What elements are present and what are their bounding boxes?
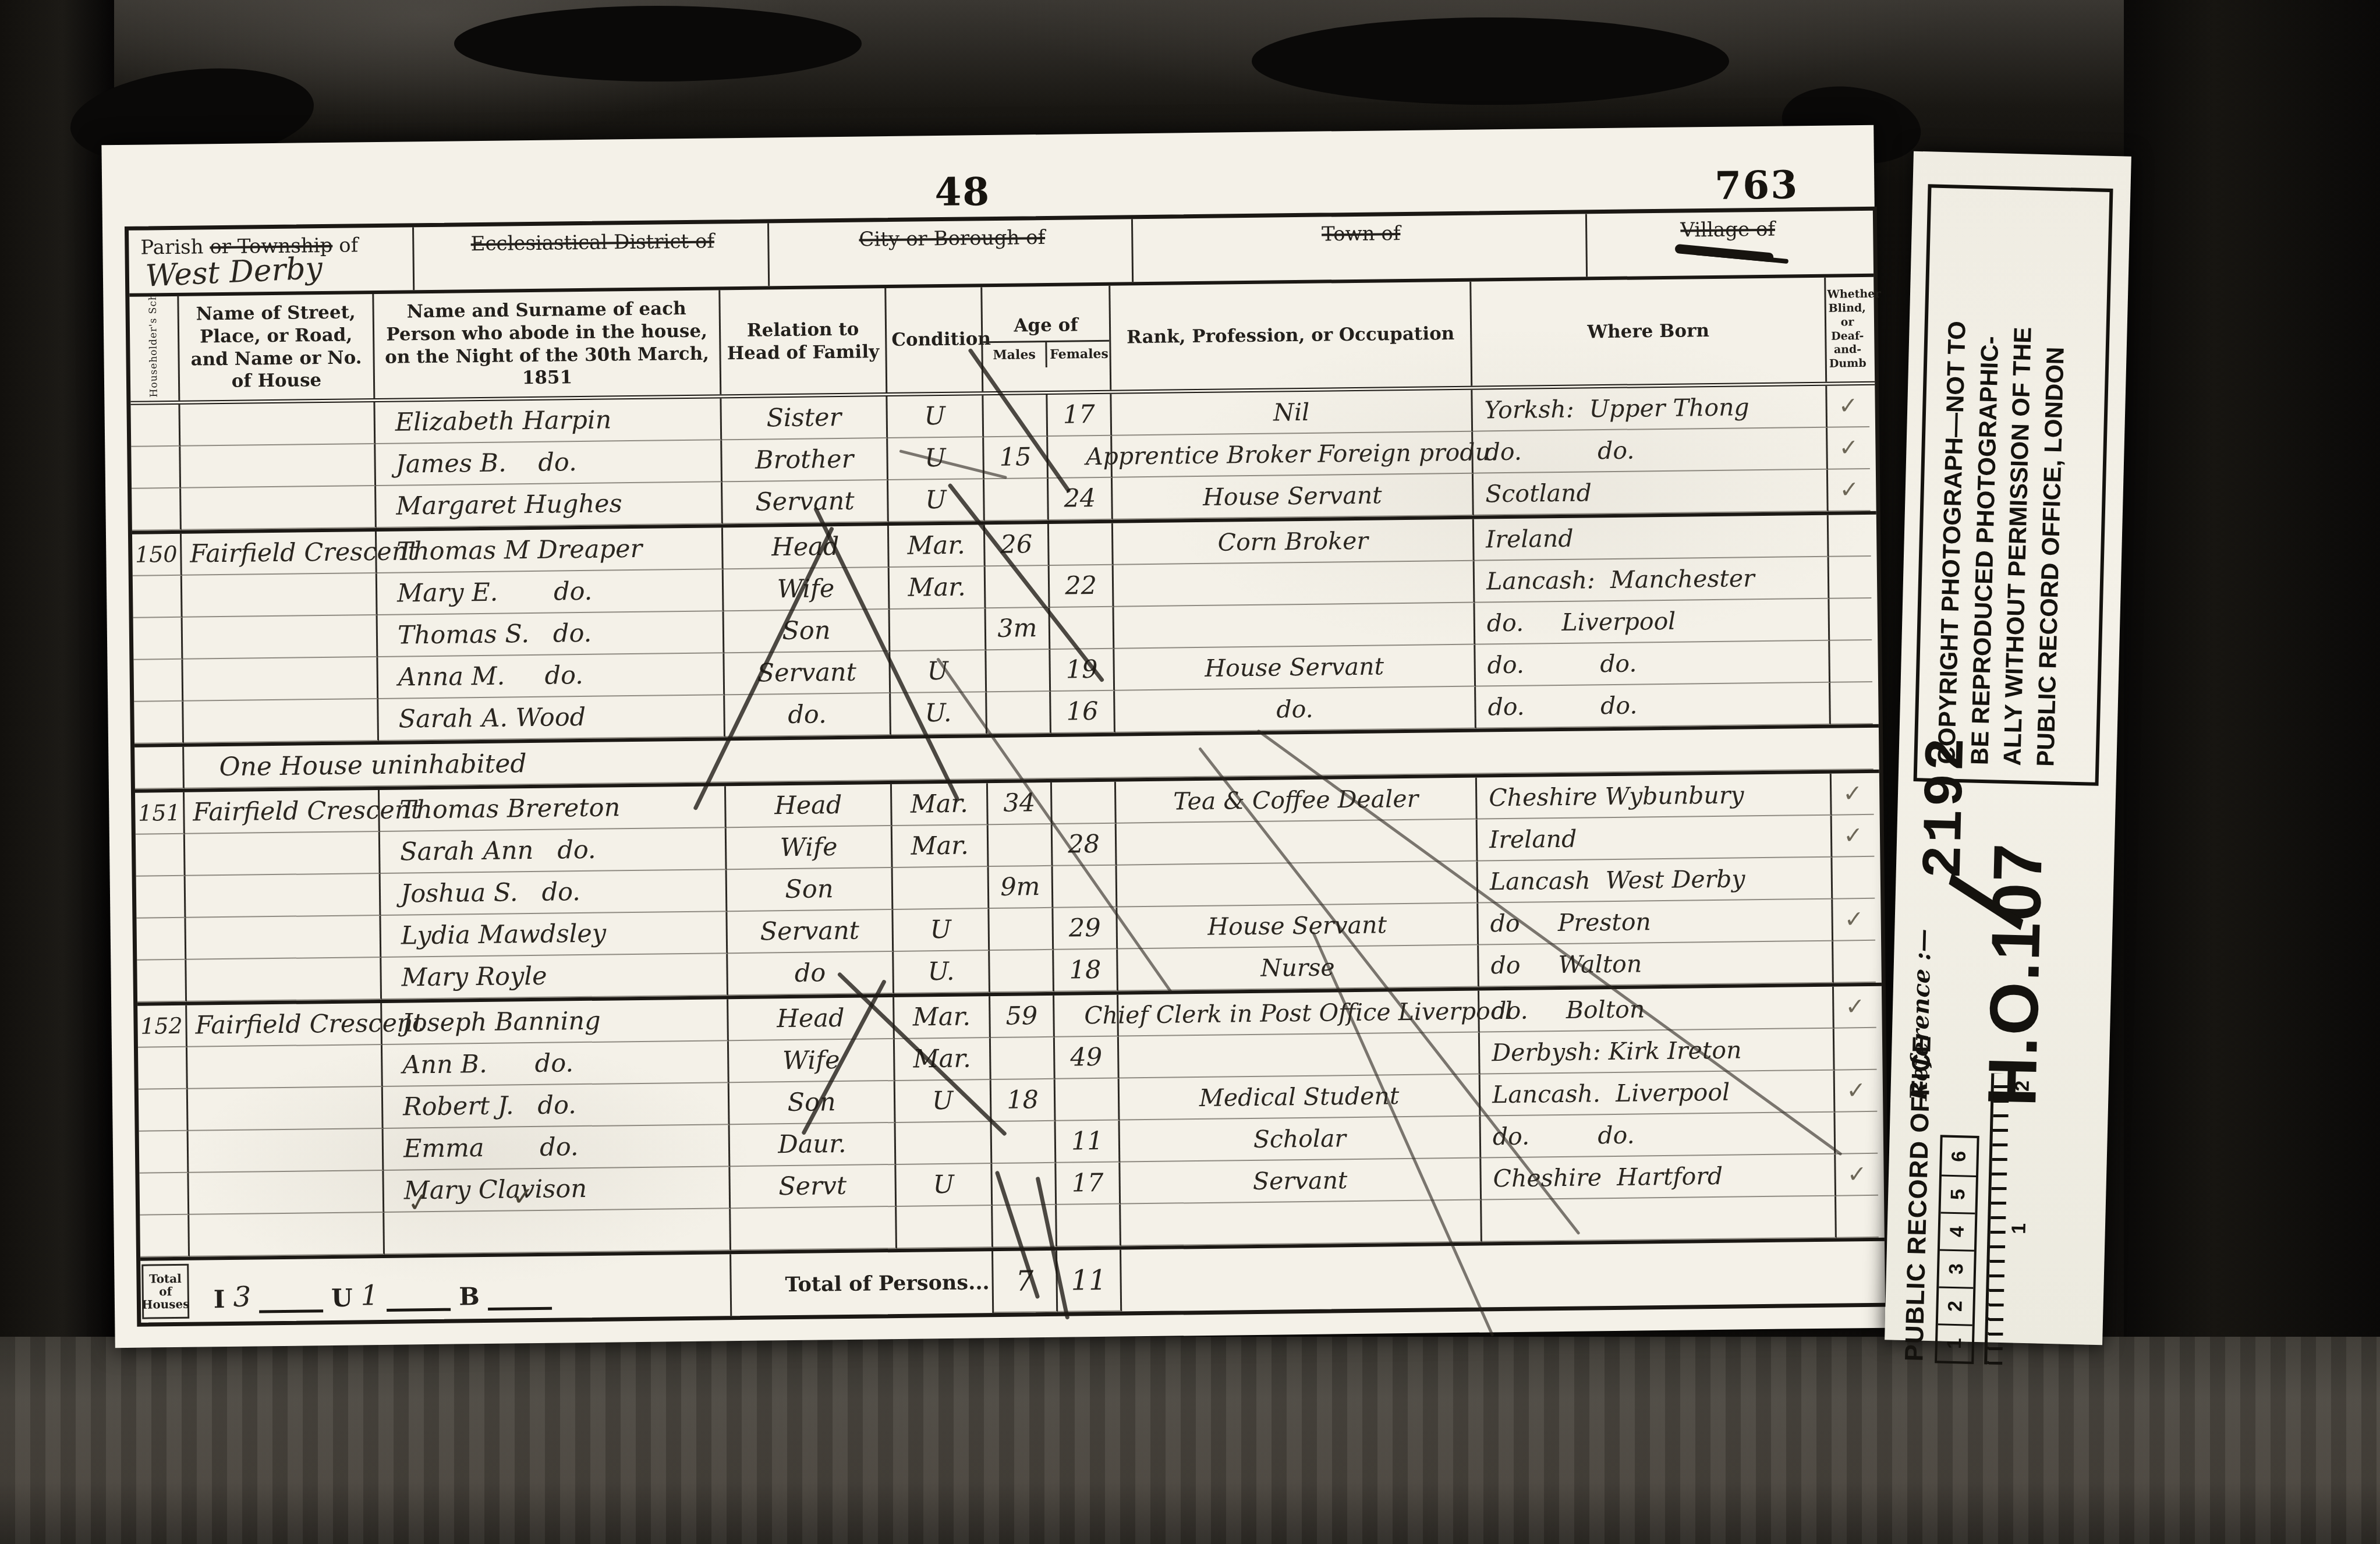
- film-edge-right: [2124, 0, 2380, 1544]
- col-condition: Condition: [886, 287, 983, 392]
- pencil-check: ✓: [1843, 822, 1863, 849]
- cell-street: Fairfield Crescent: [187, 1003, 382, 1047]
- cell-name: Thomas S. do.: [378, 611, 725, 657]
- pencil-check: ✓: [1845, 993, 1865, 1020]
- cell-schedule: 150: [132, 534, 182, 576]
- cell-age-male: [990, 950, 1054, 993]
- cell-occupation: [1121, 1201, 1482, 1246]
- cell-name: Sarah Ann do.: [380, 828, 727, 874]
- cell-condition: Mar.: [892, 825, 989, 868]
- census-table: Parish or Township of West Derby Ecclesi…: [125, 207, 1889, 1327]
- cell-name: Thomas M Dreaper: [377, 527, 724, 573]
- cell-name: Robert J. do.: [383, 1083, 730, 1129]
- cell-born: do Preston: [1478, 900, 1833, 945]
- ruler-number: 1: [2008, 1223, 2031, 1234]
- cell-age-male: [984, 479, 1049, 521]
- cell-schedule: [132, 488, 182, 531]
- cell-relation: Wife: [727, 826, 893, 870]
- cell-occupation: Nurse: [1118, 945, 1479, 991]
- cell-born: Ireland: [1474, 515, 1829, 561]
- ruler-number: 2: [1938, 1286, 1974, 1324]
- cell-street: [187, 1045, 383, 1089]
- city-cell: City or Borough of: [769, 219, 1134, 286]
- census-photograph: 48 763 Parish or Township of West Derby …: [0, 0, 2380, 1544]
- cell-age-female: 17: [1047, 394, 1112, 437]
- cell-born: Yorksh: Upper Thong: [1472, 386, 1827, 432]
- cell-name: Margaret Hughes: [376, 482, 723, 528]
- cell-born: do. Bolton: [1479, 987, 1834, 1033]
- cell-street: [183, 699, 379, 743]
- ruler-number: 2: [2011, 1080, 2034, 1092]
- cell-occupation: Nil: [1111, 390, 1473, 436]
- inhabited-value: 3: [233, 1281, 251, 1313]
- cell-schedule: [133, 576, 183, 618]
- cell-schedule: [139, 1173, 189, 1216]
- cell-relation: Servant: [724, 651, 891, 695]
- cell-name: [384, 1209, 731, 1255]
- cell-schedule: [136, 918, 186, 961]
- cell-age-male: 18: [991, 1079, 1056, 1122]
- pencil-check: ✓: [1844, 906, 1864, 933]
- totals-empty: [1121, 1241, 1879, 1312]
- cell-disability: [1835, 1112, 1878, 1155]
- film-edge-left: [0, 0, 114, 1544]
- rule-line: [488, 1301, 552, 1311]
- total-persons-females: 11: [1057, 1250, 1122, 1312]
- village-label: Village of: [1680, 218, 1775, 242]
- cell-condition: U: [887, 395, 984, 438]
- cell-age-female: 24: [1049, 478, 1113, 520]
- col-schedule: No. of Householder's Schedule: [129, 296, 180, 401]
- pencil-check: ✓: [1839, 476, 1859, 503]
- ruler-number: 3: [1939, 1249, 1974, 1287]
- pencil-check: ✓: [1847, 1161, 1867, 1188]
- pencil-check: ✓: [1846, 1077, 1866, 1104]
- census-page: 48 763 Parish or Township of West Derby …: [101, 125, 1887, 1348]
- cell-condition: U.: [891, 692, 987, 735]
- cell-born: Ireland: [1478, 816, 1833, 862]
- cell-condition: Mar.: [890, 566, 986, 610]
- cell-occupation: [1117, 862, 1479, 908]
- copyright-stamp: COPYRIGHT PHOTOGRAPH—NOT TO BE REPRODUCE…: [1914, 184, 2113, 785]
- cell-born: Cheshire Wybunbury: [1477, 774, 1832, 820]
- column-header-row: No. of Householder's Schedule Name of St…: [129, 277, 1875, 405]
- cell-born: do. do.: [1476, 683, 1831, 729]
- cell-relation: Sister: [721, 396, 888, 440]
- ink-smudge: [1674, 244, 1774, 263]
- cell-age-male: [987, 692, 1051, 734]
- page-number: 48: [934, 169, 991, 215]
- cell-relation: [731, 1207, 897, 1251]
- cell-relation: Servant: [722, 480, 889, 524]
- cell-disability: [1834, 1028, 1877, 1071]
- cell-disability: ✓: [1834, 986, 1876, 1029]
- cell-schedule: 151: [135, 792, 185, 835]
- ruler-number: 6: [1942, 1137, 1977, 1175]
- cell-age-female: 17: [1056, 1163, 1121, 1205]
- cell-street: [189, 1171, 384, 1215]
- cell-born: Derbysh: Kirk Ireton: [1480, 1029, 1835, 1075]
- pencil-check: ✓: [406, 1187, 431, 1219]
- cell-name: Thomas Brereton: [380, 786, 727, 832]
- cell-street: [182, 573, 378, 618]
- cell-street: [183, 657, 378, 702]
- cell-schedule: [139, 1131, 189, 1174]
- cell-age-male: 34: [988, 782, 1053, 825]
- cell-schedule: [130, 405, 180, 447]
- cell-name: Joshua S. do.: [381, 870, 728, 916]
- cell-disability: [1829, 515, 1871, 557]
- cell-born: [1482, 1196, 1837, 1242]
- cell-schedule: [133, 660, 183, 702]
- reference-piece: 2192: [1913, 735, 1980, 880]
- cell-disability: ✓: [1836, 1154, 1878, 1196]
- cell-condition: [896, 1122, 993, 1165]
- cell-schedule: [136, 834, 186, 877]
- cell-name: Lydia Mawdsley: [381, 912, 728, 958]
- film-edge-bottom: [0, 1337, 2380, 1544]
- cell-age-female: 49: [1055, 1037, 1120, 1079]
- ecclesiastical-label: Ecclesiastical District of: [470, 229, 714, 256]
- cell-street: [180, 444, 376, 488]
- cell-name: Ann B. do.: [382, 1041, 729, 1087]
- cell-age-female: 22: [1050, 565, 1114, 608]
- cell-name: Anna M. do.: [378, 653, 725, 699]
- cell-born: do. do.: [1475, 641, 1830, 687]
- cell-age-male: [989, 908, 1054, 951]
- cell-disability: [1830, 640, 1872, 683]
- cell-relation: Brother: [722, 438, 888, 482]
- col-age-label: Age of: [983, 309, 1110, 343]
- cell-street: [186, 958, 382, 1002]
- cell-condition: U: [888, 479, 985, 522]
- ruler-number: 1: [1937, 1323, 1972, 1361]
- col-age-females: Females: [1047, 341, 1111, 367]
- inhabited-label: I: [214, 1285, 225, 1313]
- record-office-strip: COPYRIGHT PHOTOGRAPH—NOT TO BE REPRODUCE…: [1885, 151, 2131, 1345]
- total-persons-label: Total of Persons...: [731, 1251, 994, 1316]
- cell-condition: [890, 608, 987, 651]
- col-street: Name of Street, Place, or Road, and Name…: [179, 294, 375, 401]
- town-cell: Town of: [1133, 214, 1588, 282]
- cell-relation: Wife: [729, 1039, 895, 1083]
- cell-name: Mary E. do.: [377, 569, 724, 615]
- cell-street: Fairfield Crescent: [185, 790, 380, 834]
- cell-age-female: 16: [1051, 691, 1115, 734]
- cell-occupation: [1117, 820, 1478, 866]
- cell-name: Mary Royle: [381, 954, 728, 1000]
- cell-condition: U: [893, 909, 990, 952]
- cell-disability: [1830, 682, 1873, 725]
- cell-disability: ✓: [1835, 1070, 1878, 1113]
- cell-occupation: Chief Clerk in Post Office Liverpool: [1118, 991, 1480, 1037]
- city-label: City or Borough of: [859, 226, 1045, 252]
- cell-occupation: Scholar: [1120, 1117, 1481, 1163]
- ruler-number: 4: [1940, 1212, 1975, 1249]
- cell-disability: [1836, 1196, 1879, 1238]
- cell-condition: Mar.: [892, 783, 989, 826]
- cell-disability: [1829, 599, 1872, 641]
- cell-schedule: [137, 960, 187, 1003]
- cell-occupation: Tea & Coffee Dealer: [1116, 778, 1478, 824]
- pencil-check: ✓: [1839, 434, 1858, 461]
- cell-name: Elizabeth Harpin: [375, 398, 722, 444]
- cell-age-male: [986, 650, 1051, 692]
- cell-age-female: 18: [1054, 950, 1118, 992]
- cell-disability: ✓: [1828, 469, 1871, 512]
- cell-occupation: [1114, 561, 1475, 607]
- col-age-males: Males: [983, 342, 1047, 369]
- cell-age-male: 9m: [989, 866, 1054, 909]
- cell-disability: ✓: [1832, 815, 1875, 858]
- village-cell: Village of: [1587, 211, 1865, 277]
- cell-relation: Servant: [727, 910, 894, 954]
- ruler-number: 5: [1941, 1174, 1977, 1212]
- film-blemish: [454, 6, 862, 82]
- cell-occupation: House Servant: [1113, 474, 1474, 520]
- cell-born: do. do.: [1473, 428, 1828, 474]
- cell-occupation: Apprentice Broker Foreign produ.: [1112, 432, 1474, 478]
- cell-age-female: [1056, 1079, 1120, 1121]
- uninhabited-label: U: [331, 1284, 353, 1312]
- cell-born: Scotland: [1474, 470, 1829, 516]
- col-relation: Relation to Head of Family: [720, 288, 887, 394]
- rule-line: [259, 1304, 323, 1313]
- cell-schedule: [134, 747, 185, 789]
- cell-name: Emma do.: [384, 1125, 731, 1171]
- cell-street: [189, 1129, 384, 1173]
- cell-disability: [1832, 857, 1875, 900]
- parish-label-suffix: of: [332, 233, 358, 257]
- cell-born: Lancash West Derby: [1478, 858, 1833, 904]
- total-houses-label: Total of Houses: [141, 1264, 189, 1319]
- cell-disability: [1833, 941, 1876, 983]
- cell-occupation: House Servant: [1114, 645, 1476, 691]
- ruler-scale-inches: 123456: [1935, 1135, 1979, 1364]
- cell-schedule: [134, 702, 184, 744]
- cell-condition: Mar.: [889, 525, 986, 568]
- cell-age-male: [991, 1037, 1056, 1080]
- cell-condition: U: [895, 1080, 992, 1123]
- cell-relation: Head: [726, 784, 892, 828]
- cell-schedule: 152: [137, 1005, 187, 1048]
- cell-disability: ✓: [1827, 427, 1870, 470]
- cell-born: do. Liverpool: [1475, 599, 1830, 645]
- town-label: Town of: [1322, 222, 1401, 246]
- cell-schedule: [133, 618, 183, 660]
- cell-name: Joseph Banning: [382, 999, 729, 1045]
- census-rows: Elizabeth HarpinSisterU17NilYorksh: Uppe…: [130, 385, 1884, 1258]
- cell-occupation: House Servant: [1117, 904, 1479, 950]
- cell-condition: U: [896, 1164, 993, 1207]
- cell-occupation: Medical Student: [1120, 1075, 1481, 1121]
- cell-age-male: [989, 824, 1053, 867]
- ecclesiastical-cell: Ecclesiastical District of: [414, 223, 770, 290]
- cell-relation: Head: [723, 526, 890, 569]
- cell-street: [180, 402, 376, 447]
- folio-number: 763: [1715, 162, 1799, 208]
- cell-age-male: 3m: [986, 608, 1051, 650]
- cell-age-female: 11: [1056, 1121, 1121, 1163]
- uninhabited-value: 1: [360, 1279, 378, 1312]
- cell-schedule: [131, 447, 181, 489]
- cell-born: do Walton: [1479, 941, 1834, 987]
- cell-street: [185, 832, 381, 876]
- cell-street: [186, 874, 381, 918]
- cell-disability: ✓: [1832, 773, 1874, 816]
- cell-schedule: [140, 1215, 190, 1258]
- cell-born: Lancash: Manchester: [1475, 557, 1830, 603]
- ruler-scale-ticks: 1 2: [1984, 1073, 2035, 1365]
- total-houses-values: I 3 U 1 B: [190, 1254, 732, 1322]
- cell-occupation: [1114, 603, 1475, 649]
- cell-name: Mary Clavison: [384, 1167, 731, 1213]
- col-occupation: Rank, Profession, or Occupation: [1110, 282, 1472, 390]
- pencil-check: ✓: [1839, 392, 1858, 419]
- cell-relation: Daur.: [730, 1123, 897, 1167]
- col-born: Where Born: [1471, 278, 1827, 386]
- parish-value-handwritten: West Derby: [145, 251, 324, 294]
- cell-street: [186, 916, 381, 960]
- cell-age-female: [1057, 1205, 1121, 1247]
- cell-occupation: Corn Broker: [1113, 519, 1475, 565]
- cell-street: [188, 1087, 384, 1131]
- building-label: B: [459, 1282, 480, 1311]
- cell-schedule: [138, 1047, 188, 1090]
- col-age: Age of Males Females: [982, 286, 1111, 391]
- col-disability: Whether Blind, or Deaf-and-Dumb: [1826, 277, 1869, 382]
- cell-disability: ✓: [1833, 899, 1875, 941]
- cell-age-female: [1049, 523, 1114, 566]
- rule-line: [387, 1302, 451, 1312]
- cell-relation: Servt: [730, 1165, 897, 1209]
- cell-age-female: 29: [1053, 908, 1118, 950]
- cell-relation: do: [728, 952, 894, 996]
- pencil-check: ✓: [1843, 780, 1862, 807]
- cell-condition: U.: [894, 951, 990, 994]
- film-blemish: [1252, 17, 1729, 105]
- cell-age-male: 59: [990, 996, 1055, 1038]
- office-ruler-stamp: PUBLIC RECORD OFFICE 123456 1 2: [1892, 1095, 2101, 1332]
- parish-cell: Parish or Township of West Derby: [129, 227, 415, 293]
- cell-schedule: [139, 1089, 189, 1132]
- cell-age-female: [1052, 782, 1117, 824]
- cell-street: [189, 1213, 385, 1257]
- cell-schedule: [136, 876, 186, 919]
- parish-label: Parish: [140, 235, 210, 259]
- cell-relation: Son: [727, 868, 894, 912]
- cell-disability: ✓: [1827, 385, 1869, 428]
- cell-name: Sarah A. Wood: [378, 695, 725, 741]
- cell-occupation: Servant: [1120, 1159, 1482, 1205]
- cell-born: do. do.: [1481, 1113, 1836, 1159]
- cell-street: [181, 486, 377, 530]
- cell-condition: [897, 1206, 993, 1249]
- pencil-check: ✓: [512, 1182, 534, 1212]
- cell-condition: Mar.: [894, 996, 991, 1039]
- cell-condition: [893, 867, 990, 910]
- cell-age-female: 28: [1053, 824, 1117, 866]
- cell-name: James B. do.: [376, 440, 722, 486]
- col-name: Name and Surname of each Person who abod…: [374, 290, 721, 398]
- cell-street: [183, 615, 378, 660]
- cell-street: Fairfield Crescent: [182, 532, 377, 576]
- cell-occupation: do.: [1115, 687, 1476, 733]
- cell-disability: [1829, 557, 1872, 599]
